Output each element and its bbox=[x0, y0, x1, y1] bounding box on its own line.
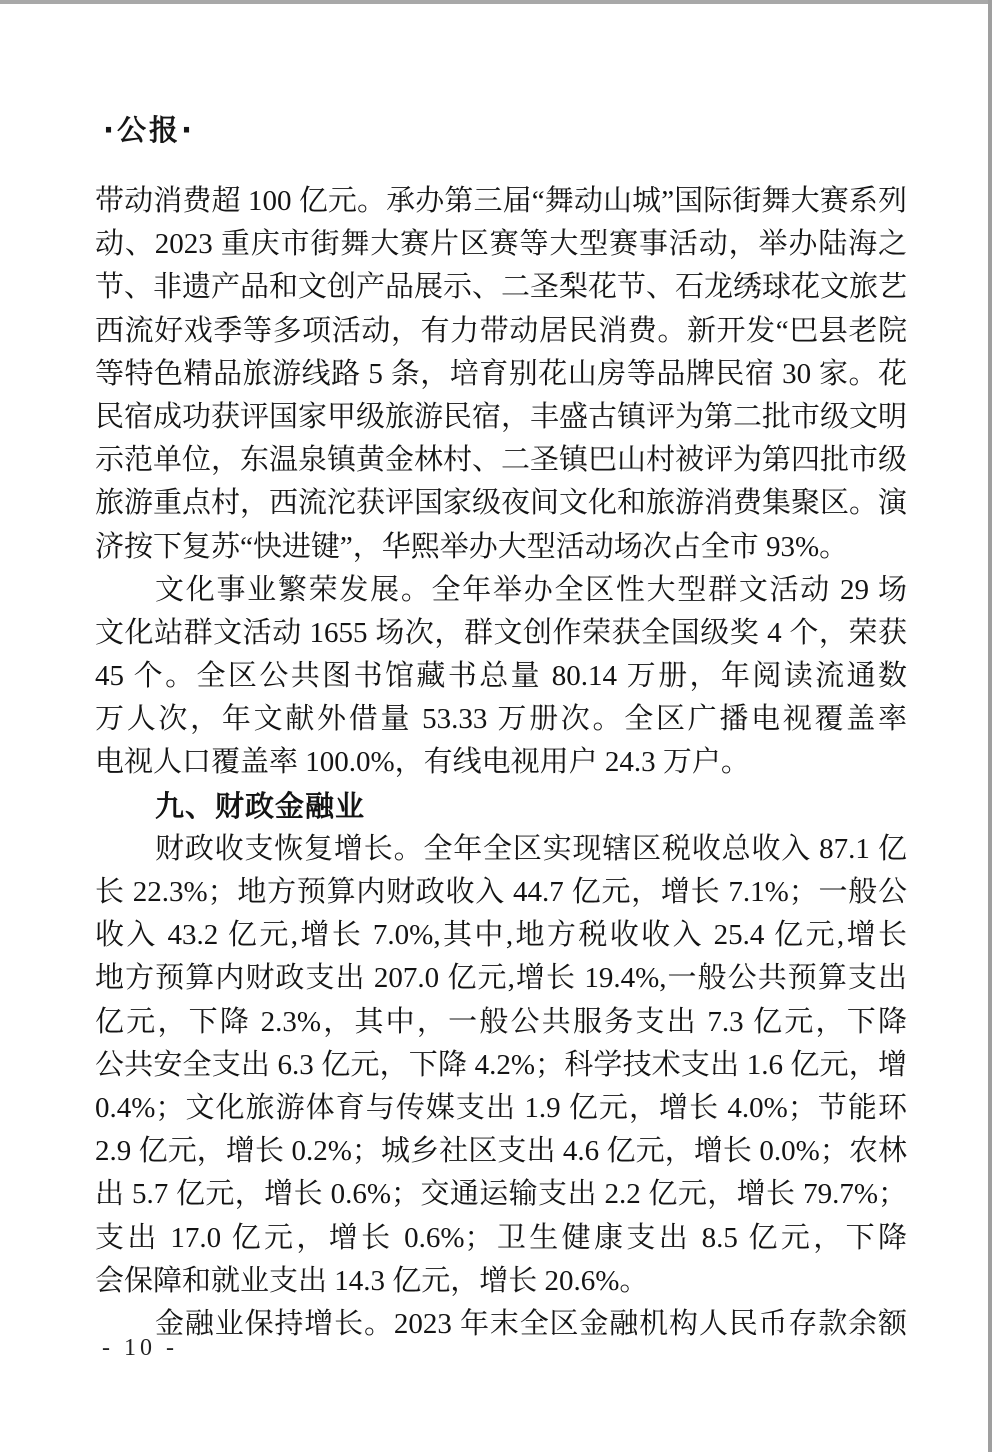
text-line: 会保障和就业支出 14.3 亿元，增长 20.6%。 bbox=[95, 1260, 907, 1303]
text-line: 带动消费超 100 亿元。承办第三届“舞动山城”国际街舞大赛系列活 bbox=[95, 180, 907, 223]
page-number: - 10 - bbox=[102, 1335, 178, 1362]
text-line: 金融业保持增长。2023 年末全区金融机构人民币存款余额 1364.7 bbox=[95, 1303, 907, 1346]
text-line: 旅游重点村，西流沱获评国家级夜间文化和旅游消费集聚区。演艺经 bbox=[95, 482, 907, 525]
page-header: ·公报· bbox=[103, 108, 195, 149]
text-line: 财政收支恢复增长。全年全区实现辖区税收总收入 87.1 亿元，增 bbox=[95, 828, 907, 871]
text-line: 民宿成功获评国家甲级旅游民宿，丰盛古镇评为第二批市级文明旅游 bbox=[95, 396, 907, 439]
text-line: 电视人口覆盖率 100.0%，有线电视用户 24.3 万户。 bbox=[95, 741, 907, 784]
text-line: 动、2023 重庆市街舞大赛片区赛等大型赛事活动，举办陆海之约音乐 bbox=[95, 223, 907, 266]
text-line: 济按下复苏“快进键”，华熙举办大型活动场次占全市 93%。 bbox=[95, 526, 907, 569]
content-lines: 带动消费超 100 亿元。承办第三届“舞动山城”国际街舞大赛系列活动、2023 … bbox=[95, 180, 907, 1346]
text-line: 0.4%；文化旅游体育与传媒支出 1.9 亿元，增长 4.0%；节能环保支出 bbox=[95, 1087, 907, 1130]
scan-edge-top bbox=[0, 0, 992, 4]
text-line: 亿元，下降 2.3%，其中，一般公共服务支出 7.3 亿元，下降 26.3%； bbox=[95, 1001, 907, 1044]
text-line: 长 22.3%；地方预算内财政收入 44.7 亿元，增长 7.1%；一般公共预算 bbox=[95, 871, 907, 914]
text-line: 45 个。全区公共图书馆藏书总量 80.14 万册，年阅读流通数 139.96 bbox=[95, 655, 907, 698]
document-page: ·公报· 带动消费超 100 亿元。承办第三届“舞动山城”国际街舞大赛系列活动、… bbox=[0, 0, 992, 1452]
section-heading: 九、财政金融业 bbox=[95, 785, 907, 828]
text-line: 示范单位，东温泉镇黄金林村、二圣镇巴山村被评为第四批市级乡村 bbox=[95, 439, 907, 482]
text-line: 万人次，年文献外借量 53.33 万册次。全区广播电视覆盖率 100.0%， bbox=[95, 698, 907, 741]
text-line: 地方预算内财政支出 207.0 亿元,增长 19.4%,一般公共预算支出 79.… bbox=[95, 957, 907, 1000]
text-line: 出 5.7 亿元，增长 0.6%；交通运输支出 2.2 亿元，增长 79.7%；… bbox=[95, 1173, 907, 1216]
text-line: 等特色精品旅游线路 5 条，培育别花山房等品牌民宿 30 家。花境院子 bbox=[95, 353, 907, 396]
text-line: 公共安全支出 6.3 亿元，下降 4.2%；科学技术支出 1.6 亿元，增长 bbox=[95, 1044, 907, 1087]
text-line: 文化事业繁荣发展。全年举办全区性大型群文活动 29 场次，镇街 bbox=[95, 569, 907, 612]
text-line: 收入 43.2 亿元,增长 7.0%,其中,地方税收收入 25.4 亿元,增长 … bbox=[95, 914, 907, 957]
scan-edge-right bbox=[988, 0, 992, 1452]
text-line: 文化站群文活动 1655 场次，群文创作荣获全国级奖 4 个，荣获市级奖 bbox=[95, 612, 907, 655]
text-line: 2.9 亿元，增长 0.2%；城乡社区支出 4.6 亿元，增长 0.0%；农林水… bbox=[95, 1130, 907, 1173]
text-line: 节、非遗产品和文创产品展示、二圣梨花节、石龙绣球花文旅艺术节、 bbox=[95, 266, 907, 309]
text-line: 西流好戏季等多项活动，有力带动居民消费。新开发“巴县老院子” bbox=[95, 310, 907, 353]
text-line: 支出 17.0 亿元，增长 0.6%；卫生健康支出 8.5 亿元，下降 7.3%… bbox=[95, 1217, 907, 1260]
